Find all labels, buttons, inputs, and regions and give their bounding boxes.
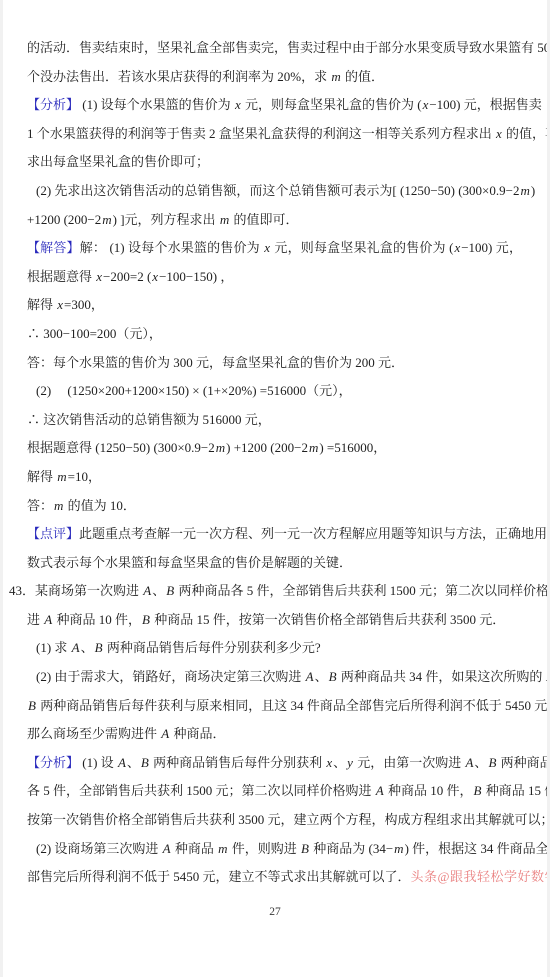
text-run: 元，则每盒坚果礼盒的售价为 ( [271,240,453,255]
text-run: 的值为 10． [64,498,136,513]
math-variable: B [140,755,150,770]
text-line: ∴ 300−100=200（元）， [27,320,522,349]
text-run: −100−150) ， [159,269,233,284]
watermark: 头条@跟我轻松学好数学 [411,863,550,892]
math-variable: A [160,726,170,741]
math-variable: A [162,841,172,856]
text-run: (2) 先求出这次销售活动的总销售额，而这个总销售额可表示为[ (1250−50… [36,183,519,198]
text-run: 各 5 件，全部销售后共获利 1500 元；第二次以同样价格购进 [27,783,375,798]
text-run: 部售完后所得利润不低于 5450 元，建立不等式求出其解就可以了． [27,863,411,892]
text-run: ∴ 这次销售活动的总销售额为 516000 元， [27,412,271,427]
text-run: =10， [68,469,101,484]
text-line: 【解答】解： (1) 设每个水果篮的售价为 x 元，则每盒坚果礼盒的售价为 (x… [27,234,522,263]
text-run: 、 [127,755,140,770]
text-line: (2) 先求出这次销售活动的总销售额，而这个总销售额可表示为[ (1250−50… [27,177,522,206]
text-line: 1 个水果篮获得的利润等于售卖 2 盒坚果礼盒获得的利润这一相等关系列方程求出 … [27,120,522,149]
text-run: 件，则购进 [229,841,301,856]
text-run: ) +1200 (200−2 [226,440,308,455]
text-run: 的值即可． [230,212,298,227]
text-line: 【分析】 (1) 设 A、B 两种商品销售后每件分别获利 x、y 元，由第一次购… [27,749,522,778]
document-body: 的活动．售卖结束时，坚果礼盒全部售卖完，售卖过程中由于部分水果变质导致水果篮有 … [3,0,547,892]
text-run: 种商品 10 件， [53,612,141,627]
text-run: ) [531,183,535,198]
text-run: 的值，再 [503,126,550,141]
text-run: 根据题意得 [27,269,95,284]
text-run: 两种商品销售后每件获利与原来相同，且这 34 件商品全部售完后所得利润不低于 5… [37,698,550,713]
text-line: 根据题意得 x−200=2 (x−100−150) ， [27,263,522,292]
text-run: 、 [315,669,328,684]
text-line: 各 5 件，全部销售后共获利 1500 元；第二次以同样价格购进 A 种商品 1… [27,777,522,806]
text-run: (2) 由于需求大，销路好，商场决定第三次购进 [36,669,305,684]
math-variable: x [325,755,333,770]
math-variable: B [27,698,37,713]
text-run: −100) 元， [461,240,522,255]
text-line: 解得 m=10， [27,463,522,492]
text-run: −100) 元，根据售卖 [429,97,541,112]
section-label-tag: 【分析】 [27,755,79,770]
math-variable: m [519,183,530,198]
text-run: 1 个水果篮获得的利润等于售卖 2 盒坚果礼盒获得的利润这一相等关系列方程求出 [27,126,495,141]
math-variable: B [165,583,175,598]
text-run: ) 件，根据这 34 件商品全 [405,841,549,856]
text-run: 、 [152,583,165,598]
text-line: B 两种商品销售后每件获利与原来相同，且这 34 件商品全部售完后所得利润不低于… [27,692,522,721]
text-run: ∴ 300−100=200（元）， [27,326,162,341]
document-page: 的活动．售卖结束时，坚果礼盒全部售卖完，售卖过程中由于部分水果变质导致水果篮有 … [0,0,550,977]
text-run: 的活动．售卖结束时，坚果礼盒全部售卖完，售卖过程中由于部分水果变质导致水果篮有 … [27,40,550,55]
text-line: 答：每个水果篮的售价为 300 元，每盒坚果礼盒的售价为 200 元． [27,349,522,378]
text-run: 两种商品销售后每件分别获利 [150,755,326,770]
math-variable: A [305,669,315,684]
text-run: 按第一次销售价格全部销售后共获利 3500 元，建立两个方程，构成方程组求出其解… [27,812,550,827]
text-run: 两种商品 [497,755,550,770]
text-run: (2) (1250×200+1200×150) × (1+×20%) =5160… [36,383,352,398]
text-run: 两种商品销售后每件分别获利多少元? [104,640,321,655]
text-run: −200=2 ( [103,269,151,284]
math-variable: A [43,612,53,627]
text-run: 种商品． [170,726,225,741]
math-variable: B [472,783,482,798]
text-run: +1200 (200−2 [27,212,101,227]
math-variable: m [217,841,228,856]
section-label-tag: 【分析】 [27,97,79,112]
text-run: 求出每盒坚果礼盒的售价即可； [27,154,209,169]
text-line: 的活动．售卖结束时，坚果礼盒全部售卖完，售卖过程中由于部分水果变质导致水果篮有 … [27,34,522,63]
text-line: 解得 x=300， [27,291,522,320]
math-variable: B [300,841,310,856]
text-run: 种商品 15 件，按第一次销售价格全部销售后共获利 3500 元． [151,612,505,627]
math-variable: A [71,640,81,655]
page-number: 27 [3,906,547,918]
text-line: 43．某商场第一次购进 A、B 两种商品各 5 件，全部销售后共获利 1500 … [9,577,522,606]
text-run: 答：每个水果篮的售价为 300 元，每盒坚果礼盒的售价为 200 元． [27,355,404,370]
text-run: 、 [81,640,94,655]
text-run: 解得 [27,297,56,312]
text-line: 进 A 种商品 10 件，B 种商品 15 件，按第一次销售价格全部销售后共获利… [27,606,522,635]
text-run: 解得 [27,469,56,484]
text-line: 根据题意得 (1250−50) (300×0.9−2m) +1200 (200−… [27,434,522,463]
text-run: 此题重点考查解一元一次方程、列一元一次方程解应用题等知识与方法，正确地用代 [79,526,550,541]
text-run: (1) 求 [36,640,71,655]
text-line: 按第一次销售价格全部销售后共获利 3500 元，建立两个方程，构成方程组求出其解… [27,806,522,835]
text-run: 的值． [342,69,384,84]
math-variable: m [56,469,67,484]
text-line: ∴ 这次销售活动的总销售额为 516000 元， [27,406,522,435]
math-variable: A [375,783,385,798]
text-run: (1) 设每个水果篮的售价为 [79,97,234,112]
math-variable: A [117,755,127,770]
text-run: 、 [474,755,487,770]
text-run: ) =516000， [319,440,386,455]
text-run: 解： (1) 设每个水果篮的售价为 [80,240,264,255]
math-variable: x [151,269,159,284]
section-label-tag: 【解答】 [27,240,80,255]
text-line: 【点评】此题重点考查解一元一次方程、列一元一次方程解应用题等知识与方法，正确地用… [27,520,522,549]
text-run: 元，由第一次购进 [354,755,465,770]
text-line: (2) 设商场第三次购进 A 种商品 m 件，则购进 B 种商品为 (34−m)… [27,835,522,864]
math-variable: A [464,755,474,770]
math-variable: A [546,669,550,684]
text-line: +1200 (200−2m) ]元，列方程求出 m 的值即可． [27,206,522,235]
text-run: 答： [27,498,53,513]
math-variable: x [234,97,242,112]
math-variable: B [487,755,497,770]
text-run: 那么商场至少需购进件 [27,726,160,741]
math-variable: B [141,612,151,627]
text-run: 根据题意得 (1250−50) (300×0.9−2 [27,440,215,455]
text-line: 数式表示每个水果篮和每盒坚果盒的售价是解题的关键． [27,549,522,578]
math-variable: x [495,126,503,141]
text-line: 【分析】 (1) 设每个水果篮的售价为 x 元，则每盒坚果礼盒的售价为 (x−1… [27,91,522,120]
text-line: 个没办法售出．若该水果店获得的利润率为 20%，求 m 的值． [27,63,522,92]
math-variable: m [101,212,112,227]
text-line: 答：m 的值为 10． [27,492,522,521]
math-variable: x [56,297,64,312]
math-variable: A [142,583,152,598]
text-run: ) ]元，列方程求出 [113,212,219,227]
text-run: 种商品 [172,841,218,856]
text-line: 那么商场至少需购进件 A 种商品． [27,720,522,749]
text-run: 个没办法售出．若该水果店获得的利润率为 20%，求 [27,69,330,84]
text-run: 两种商品各 5 件，全部销售后共获利 1500 元；第二次以同样价格购 [175,583,550,598]
text-run: 两种商品共 34 件，如果这次所购的 [338,669,546,684]
text-run: 43．某商场第一次购进 [9,583,142,598]
text-run: =300， [64,297,104,312]
text-run: 数式表示每个水果篮和每盒坚果盒的售价是解题的关键． [27,555,352,570]
math-variable: y [346,755,354,770]
math-variable: m [215,440,226,455]
text-line: 求出每盒坚果礼盒的售价即可； [27,148,522,177]
text-run: 元，则每盒坚果礼盒的售价为 ( [242,97,422,112]
math-variable: x [263,240,271,255]
text-run: 进 [27,612,43,627]
math-variable: m [219,212,230,227]
math-variable: m [53,498,64,513]
text-run: (1) 设 [79,755,117,770]
math-variable: B [328,669,338,684]
text-run: 种商品为 (34− [310,841,393,856]
text-run: 种商品 15 件， [482,783,550,798]
math-variable: B [94,640,104,655]
text-run: 种商品 10 件， [385,783,473,798]
text-run: (2) 设商场第三次购进 [36,841,162,856]
math-variable: m [308,440,319,455]
section-label-tag: 【点评】 [27,526,79,541]
text-run: 、 [333,755,346,770]
text-line: (2) 由于需求大，销路好，商场决定第三次购进 A、B 两种商品共 34 件，如… [27,663,522,692]
math-variable: m [330,69,341,84]
text-line: 部售完后所得利润不低于 5450 元，建立不等式求出其解就可以了．头条@跟我轻松… [27,863,522,892]
text-line: (2) (1250×200+1200×150) × (1+×20%) =5160… [27,377,522,406]
math-variable: m [393,841,404,856]
text-line: (1) 求 A、B 两种商品销售后每件分别获利多少元? [27,634,522,663]
math-variable: x [95,269,103,284]
